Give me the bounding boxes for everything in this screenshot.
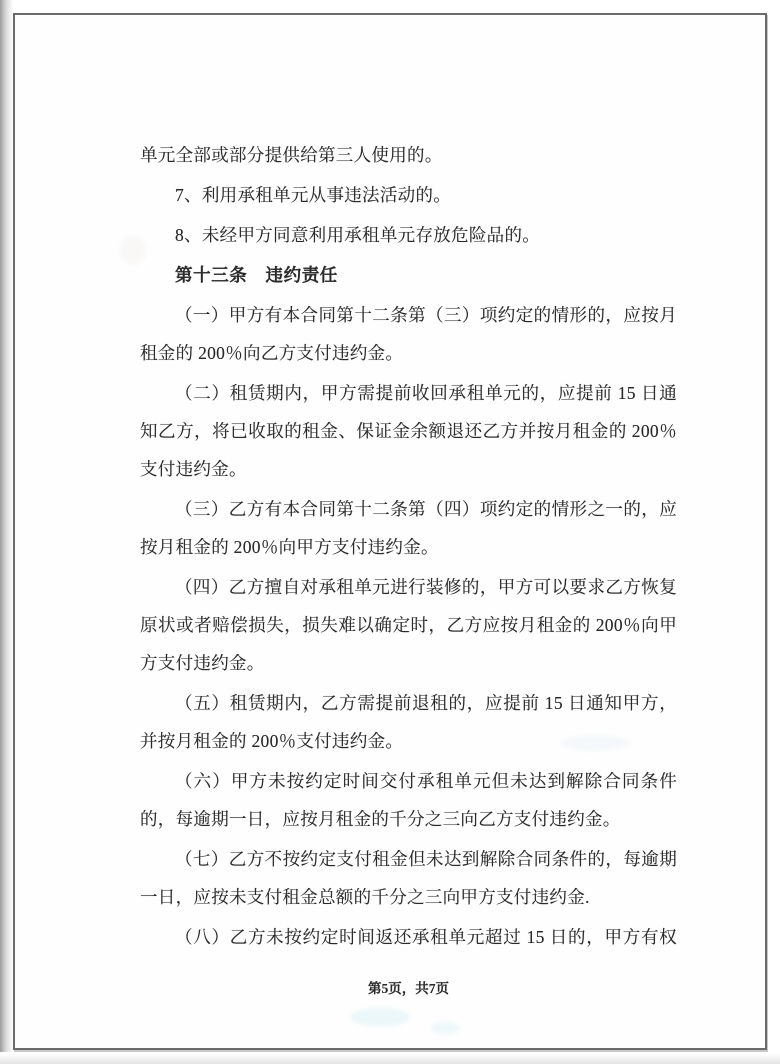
clause-line: 并按月租金的 200％支付违约金。 xyxy=(140,722,677,760)
clause-2: （二）租赁期内，甲方需提前收回承租单元的，应提前 15 日通 知乙方，将已收取的… xyxy=(140,374,677,488)
clause-line: （七）乙方不按约定支付租金但未达到解除合同条件的，每逾期 xyxy=(140,840,677,878)
clause-line: 的，每逾期一日，应按月租金的千分之三向乙方支付违约金。 xyxy=(140,800,677,838)
clause-line: 一日，应按未支付租金总额的千分之三向甲方支付违约金. xyxy=(140,878,677,916)
list-item-8: 8、未经甲方同意利用承租单元存放危险品的。 xyxy=(140,216,677,254)
clause-line: （五）租赁期内，乙方需提前退租的，应提前 15 日通知甲方， xyxy=(140,684,677,722)
clause-3: （三）乙方有本合同第十二条第（四）项约定的情形之一的，应 按月租金的 200％向… xyxy=(140,490,677,566)
clause-7: （七）乙方不按约定支付租金但未达到解除合同条件的，每逾期 一日，应按未支付租金总… xyxy=(140,840,677,916)
clause-line: （二）租赁期内，甲方需提前收回承租单元的，应提前 15 日通 xyxy=(140,374,677,412)
scan-edge-shadow-left xyxy=(0,0,13,1064)
clause-line: （一）甲方有本合同第十二条第（三）项约定的情形的，应按月 xyxy=(140,296,677,334)
section-heading: 第十三条 违约责任 xyxy=(140,256,677,294)
clause-line: 原状或者赔偿损失，损失难以确定时，乙方应按月租金的 200％向甲 xyxy=(140,606,677,644)
clause-line: 知乙方，将已收取的租金、保证金余额退还乙方并按月租金的 200％ xyxy=(140,412,677,450)
scanned-contract-page: 单元全部或部分提供给第三人使用的。 7、利用承租单元从事违法活动的。 8、未经甲… xyxy=(0,0,780,1064)
clause-6: （六）甲方未按约定时间交付承租单元但未达到解除合同条件 的，每逾期一日，应按月租… xyxy=(140,762,677,838)
clause-line: 方支付违约金。 xyxy=(140,644,677,682)
clause-line: （四）乙方擅自对承租单元进行装修的，甲方可以要求乙方恢复 xyxy=(140,568,677,606)
paragraph-continuation: 单元全部或部分提供给第三人使用的。 xyxy=(140,136,677,174)
clause-line: （三）乙方有本合同第十二条第（四）项约定的情形之一的，应 xyxy=(140,490,677,528)
clause-5: （五）租赁期内，乙方需提前退租的，应提前 15 日通知甲方， 并按月租金的 20… xyxy=(140,684,677,760)
page-number: 第5页，共7页 xyxy=(140,977,677,997)
clause-4: （四）乙方擅自对承租单元进行装修的，甲方可以要求乙方恢复 原状或者赔偿损失，损失… xyxy=(140,568,677,682)
contract-body: 单元全部或部分提供给第三人使用的。 7、利用承租单元从事违法活动的。 8、未经甲… xyxy=(140,136,677,958)
clause-1: （一）甲方有本合同第十二条第（三）项约定的情形的，应按月 租金的 200％向乙方… xyxy=(140,296,677,372)
clause-line: （八）乙方未按约定时间返还承租单元超过 15 日的，甲方有权 xyxy=(140,918,677,956)
scan-edge-shadow-bottom xyxy=(0,1052,780,1064)
clause-line: 按月租金的 200％向甲方支付违约金。 xyxy=(140,528,677,566)
list-item-7: 7、利用承租单元从事违法活动的。 xyxy=(140,176,677,214)
clause-line: 支付违约金。 xyxy=(140,450,677,488)
clause-line: 租金的 200％向乙方支付违约金。 xyxy=(140,334,677,372)
clause-8: （八）乙方未按约定时间返还承租单元超过 15 日的，甲方有权 xyxy=(140,918,677,956)
clause-line: （六）甲方未按约定时间交付承租单元但未达到解除合同条件 xyxy=(140,762,677,800)
